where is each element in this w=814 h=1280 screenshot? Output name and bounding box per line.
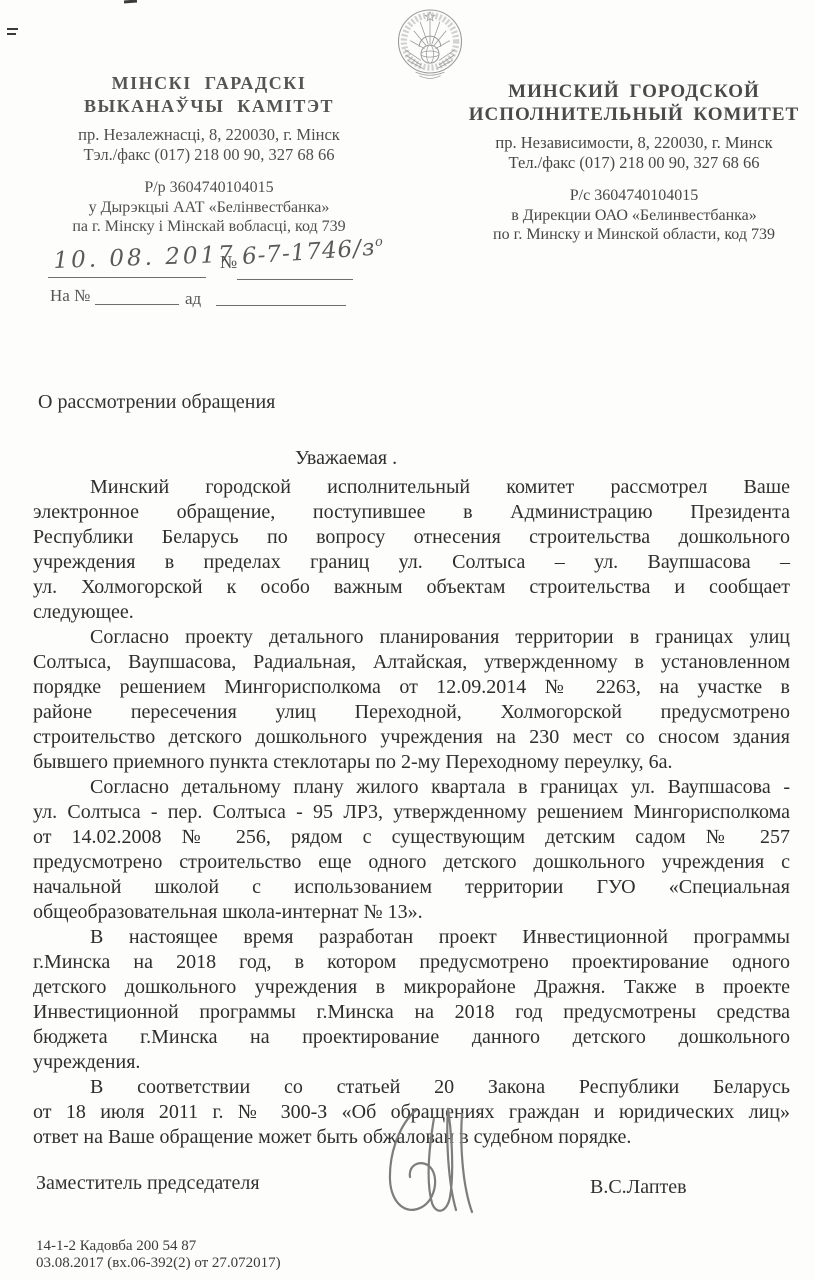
handwritten-signature	[350, 1090, 520, 1242]
reply-date-blank-line	[216, 305, 346, 306]
body-line: электронное обращение, поступившее в Адм…	[33, 500, 790, 525]
coat-of-arms-emblem-icon	[394, 4, 466, 88]
paragraph: В настоящее время разработан проект Инве…	[33, 925, 790, 1075]
org-title-by-line1: МІНСКІ ГАРАДСКІ	[26, 72, 392, 95]
signer-position: Заместитель председателя	[36, 1172, 260, 1195]
body-line: порядке решением Мингорисполкома от 12.0…	[33, 675, 790, 700]
org-title-ru-line2: ИСПОЛНИТЕЛЬНЫЙ КОМИТЕТ	[458, 103, 810, 126]
body-line: учреждения.	[33, 1050, 790, 1075]
reply-number-blank-line	[95, 304, 179, 305]
footer-executor-line: 14-1-2 Кадовба 200 54 87	[36, 1238, 281, 1255]
reply-from-label: ад	[185, 289, 201, 309]
body-line: учреждения в пределах границ ул. Солтыса…	[33, 550, 790, 575]
body-paragraphs: Минский городской исполнительный комитет…	[33, 475, 790, 1150]
letterhead-right: МИНСКИЙ ГОРОДСКОЙ ИСПОЛНИТЕЛЬНЫЙ КОМИТЕТ…	[458, 80, 810, 245]
address-by: пр. Незалежнасці, 8, 220030, г. Мінск	[26, 125, 392, 145]
handwritten-date: 10. 08. 2017	[53, 242, 236, 274]
bank-region-ru: по г. Минску и Минской области, код 739	[458, 225, 810, 245]
paragraph: Минский городской исполнительный комитет…	[33, 475, 790, 625]
handwritten-outgoing-number: 6-7-1746/зо	[241, 234, 384, 270]
bank-by: у Дырэкцыі ААТ «Белінвестбанка»	[26, 198, 392, 218]
date-underline	[48, 277, 206, 278]
body-line: Солтыса, Ваупшасова, Радиальная, Алтайск…	[33, 650, 790, 675]
body-line: бывшего приемного пункта стеклотары по 2…	[33, 750, 790, 775]
reply-to-label: На №	[50, 286, 90, 306]
phone-ru: Тел./факс (017) 218 00 90, 327 68 66	[458, 153, 810, 173]
body-line: ул. Холмогорской к особо важным объектам…	[33, 575, 790, 600]
handwritten-number-superscript: о	[375, 235, 384, 251]
body-line: ул. Солтыса - пер. Солтыса - 95 ЛР3, утв…	[33, 800, 790, 825]
footer-reference: 14-1-2 Кадовба 200 54 87 03.08.2017 (вх.…	[36, 1238, 281, 1271]
address-ru: пр. Независимости, 8, 220030, г. Минск	[458, 133, 810, 153]
subject-line: О рассмотрении обращения	[38, 391, 275, 414]
body-line: Республики Беларусь по вопросу отнесения…	[33, 525, 790, 550]
salutation: Уважаемая .	[33, 446, 790, 471]
body-line: детского дошкольного учреждения в микрор…	[33, 975, 790, 1000]
outgoing-number-label: №	[220, 252, 237, 273]
account-by: Р/р 3604740104015	[26, 178, 392, 198]
body-line: Минский городской исполнительный комитет…	[33, 475, 790, 500]
scan-speck	[7, 33, 16, 35]
body-line: строительство детского дошкольного учреж…	[33, 725, 790, 750]
signer-name: В.С.Лаптев	[590, 1176, 687, 1199]
scan-speck	[124, 0, 137, 3]
body-line: Согласно детальному плану жилого квартал…	[33, 775, 790, 800]
body-line: г.Минска на 2018 год, в котором предусмо…	[33, 950, 790, 975]
body-line: предусмотрено строительство еще одного д…	[33, 850, 790, 875]
org-title-by-line2: ВЫКАНАЎЧЫ КАМІТЭТ	[26, 95, 392, 118]
bank-region-by: па г. Мінску і Мінскай вобласці, код 739	[26, 217, 392, 237]
body-line: начальной школой с использованием террит…	[33, 875, 790, 900]
body-line: В настоящее время разработан проект Инве…	[33, 925, 790, 950]
account-ru: Р/с 3604740104015	[458, 186, 810, 206]
body-line: следующее.	[33, 600, 790, 625]
paragraph: Согласно детальному плану жилого квартал…	[33, 775, 790, 925]
body-line: Инвестиционной программы г.Минска на 201…	[33, 1000, 790, 1025]
body-line: бюджета г.Минска на проектирование данно…	[33, 1025, 790, 1050]
phone-by: Тэл./факс (017) 218 00 90, 327 68 66	[26, 145, 392, 165]
paragraph: Согласно проекту детального планирования…	[33, 625, 790, 775]
bank-ru: в Дирекции ОАО «Белинвестбанка»	[458, 206, 810, 226]
footer-registration-line: 03.08.2017 (вх.06-392(2) от 27.072017)	[36, 1255, 281, 1272]
body-line: общеобразовательная школа-интернат № 13»…	[33, 900, 790, 925]
body-line: районе пересечения улиц Переходной, Холм…	[33, 700, 790, 725]
letter-body: Уважаемая . Минский городской исполнител…	[33, 446, 790, 1150]
scanned-letter-page: МІНСКІ ГАРАДСКІ ВЫКАНАЎЧЫ КАМІТЭТ пр. Не…	[0, 0, 814, 1280]
body-line: от 14.02.2008 № 256, рядом с существующи…	[33, 825, 790, 850]
body-line: Согласно проекту детального планирования…	[33, 625, 790, 650]
org-title-ru-line1: МИНСКИЙ ГОРОДСКОЙ	[458, 80, 810, 103]
number-underline	[237, 279, 353, 280]
scan-speck	[7, 28, 18, 30]
letterhead-left: МІНСКІ ГАРАДСКІ ВЫКАНАЎЧЫ КАМІТЭТ пр. Не…	[26, 72, 392, 237]
